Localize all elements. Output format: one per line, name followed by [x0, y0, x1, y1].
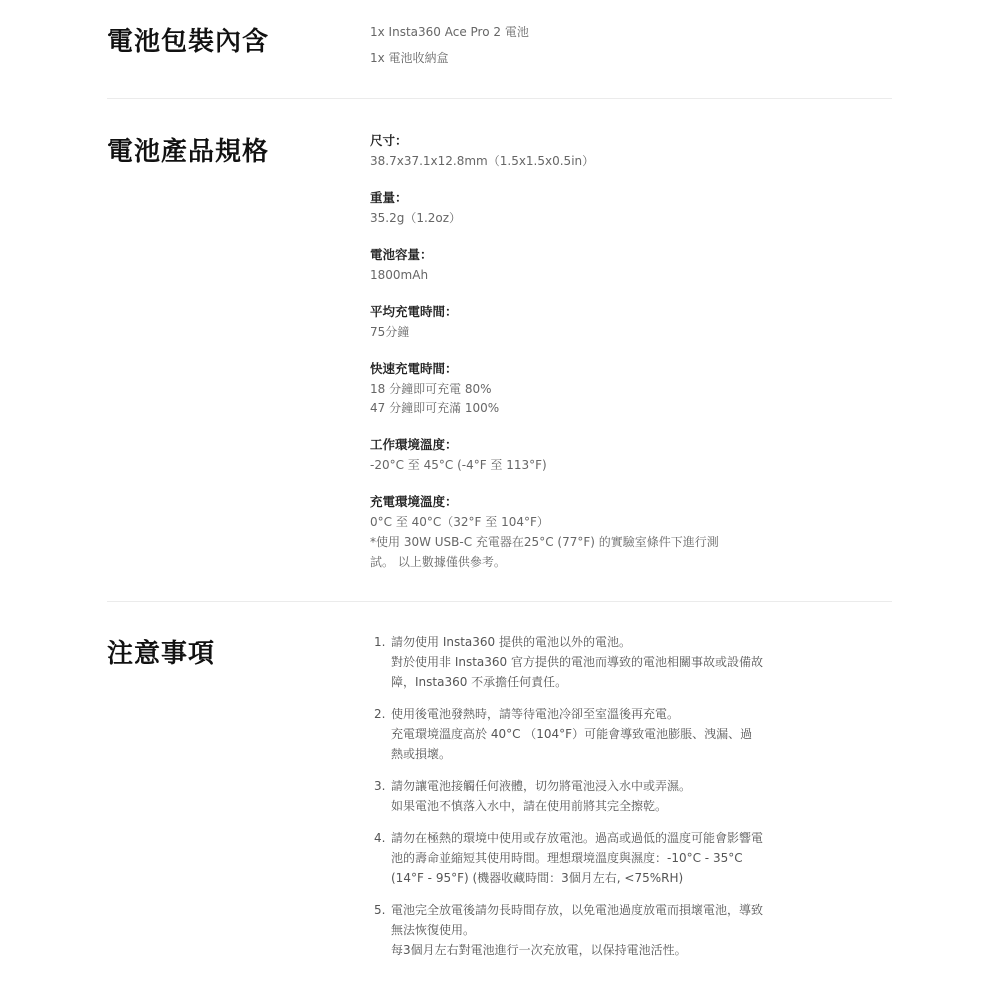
notice-line: 充電環境溫度高於 40°C （104°F）可能會導致電池膨脹、洩漏、過熱或損壞。	[391, 724, 764, 764]
spec-label: 重量：	[370, 189, 770, 207]
notice-number: 1.	[374, 632, 391, 692]
notice-text: 請勿在極熱的環境中使用或存放電池。過高或過低的溫度可能會影響電池的壽命並縮短其使…	[391, 828, 764, 888]
notice-text: 電池完全放電後請勿長時間存放，以免電池過度放電而損壞電池，導致無法恢復使用。 每…	[391, 900, 764, 960]
notice-line: 如果電池不慎落入水中，請在使用前將其完全擦乾。	[391, 796, 764, 816]
specs-title: 電池產品規格	[107, 136, 269, 168]
spec-capacity: 電池容量： 1800mAh	[370, 246, 770, 285]
package-list: 1x Insta360 Ace Pro 2 電池 1x 電池收納盒	[370, 24, 770, 76]
spec-footnote: *使用 30W USB-C 充電器在25°C (77°F) 的實驗室條件下進行測…	[370, 532, 740, 572]
spec-label: 電池容量：	[370, 246, 770, 264]
spec-charging-temp: 充電環境溫度： 0°C 至 40°C（32°F 至 104°F） *使用 30W…	[370, 493, 770, 572]
notice-text: 使用後電池發熱時，請等待電池冷卻至室溫後再充電。 充電環境溫度高於 40°C （…	[391, 704, 764, 764]
spec-value: -20°C 至 45°C (-4°F 至 113°F)	[370, 456, 770, 475]
notice-item: 4. 請勿在極熱的環境中使用或存放電池。過高或過低的溫度可能會影響電池的壽命並縮…	[374, 828, 764, 888]
notice-text: 請勿讓電池接觸任何液體，切勿將電池浸入水中或弄濕。 如果電池不慎落入水中，請在使…	[391, 776, 764, 816]
spec-label: 快速充電時間：	[370, 360, 770, 378]
notice-number: 2.	[374, 704, 391, 764]
notice-number: 5.	[374, 900, 391, 960]
spec-value: 18 分鐘即可充電 80% 47 分鐘即可充滿 100%	[370, 380, 770, 418]
notice-line: 電池完全放電後請勿長時間存放，以免電池過度放電而損壞電池，導致無法恢復使用。	[391, 900, 764, 940]
notice-item: 3. 請勿讓電池接觸任何液體，切勿將電池浸入水中或弄濕。 如果電池不慎落入水中，…	[374, 776, 764, 816]
notice-item: 1. 請勿使用 Insta360 提供的電池以外的電池。 對於使用非 Insta…	[374, 632, 764, 692]
section-divider	[107, 98, 892, 99]
spec-label: 充電環境溫度：	[370, 493, 770, 511]
spec-value: 1800mAh	[370, 266, 770, 285]
notice-text: 請勿使用 Insta360 提供的電池以外的電池。 對於使用非 Insta360…	[391, 632, 764, 692]
notices-list: 1. 請勿使用 Insta360 提供的電池以外的電池。 對於使用非 Insta…	[374, 632, 764, 960]
notice-item: 2. 使用後電池發熱時，請等待電池冷卻至室溫後再充電。 充電環境溫度高於 40°…	[374, 704, 764, 764]
notice-line: 使用後電池發熱時，請等待電池冷卻至室溫後再充電。	[391, 704, 764, 724]
spec-value: 35.2g（1.2oz）	[370, 209, 770, 228]
notice-line: 每3個月左右對電池進行一次充放電，以保持電池活性。	[391, 940, 764, 960]
notice-item: 5. 電池完全放電後請勿長時間存放，以免電池過度放電而損壞電池，導致無法恢復使用…	[374, 900, 764, 960]
package-item: 1x Insta360 Ace Pro 2 電池	[370, 24, 770, 40]
spec-avg-charge-time: 平均充電時間： 75分鐘	[370, 303, 770, 342]
notice-line: 請勿讓電池接觸任何液體，切勿將電池浸入水中或弄濕。	[391, 776, 764, 796]
spec-value: 38.7x37.1x12.8mm（1.5x1.5x0.5in）	[370, 152, 770, 171]
spec-weight: 重量： 35.2g（1.2oz）	[370, 189, 770, 228]
notice-line: 對於使用非 Insta360 官方提供的電池而導致的電池相關事故或設備故障，In…	[391, 652, 764, 692]
package-title: 電池包裝內含	[107, 26, 269, 58]
spec-size: 尺寸： 38.7x37.1x12.8mm（1.5x1.5x0.5in）	[370, 132, 770, 171]
notices-title: 注意事項	[107, 638, 215, 670]
notices-body: 1. 請勿使用 Insta360 提供的電池以外的電池。 對於使用非 Insta…	[374, 632, 774, 972]
spec-value: 75分鐘	[370, 323, 770, 342]
specs-list: 尺寸： 38.7x37.1x12.8mm（1.5x1.5x0.5in） 重量： …	[370, 132, 770, 590]
spec-label: 尺寸：	[370, 132, 770, 150]
spec-fast-charge-time: 快速充電時間： 18 分鐘即可充電 80% 47 分鐘即可充滿 100%	[370, 360, 770, 418]
notice-number: 4.	[374, 828, 391, 888]
spec-operating-temp: 工作環境溫度： -20°C 至 45°C (-4°F 至 113°F)	[370, 436, 770, 475]
package-item: 1x 電池收納盒	[370, 50, 770, 66]
spec-value: 0°C 至 40°C（32°F 至 104°F）	[370, 513, 770, 532]
notice-line: 請勿在極熱的環境中使用或存放電池。過高或過低的溫度可能會影響電池的壽命並縮短其使…	[391, 828, 764, 888]
spec-label: 平均充電時間：	[370, 303, 770, 321]
section-divider	[107, 601, 892, 602]
notice-line: 請勿使用 Insta360 提供的電池以外的電池。	[391, 632, 764, 652]
notice-number: 3.	[374, 776, 391, 816]
spec-label: 工作環境溫度：	[370, 436, 770, 454]
